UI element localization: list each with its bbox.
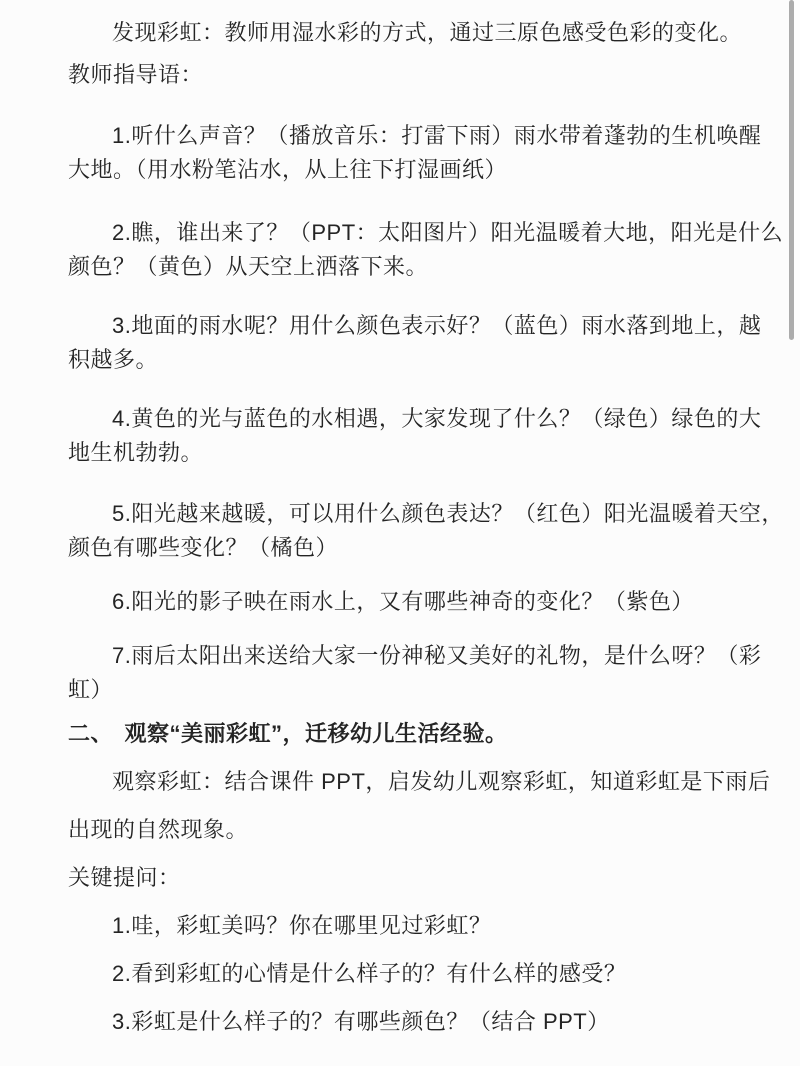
paragraph: 关键提问：: [68, 854, 740, 902]
paragraph: 5.阳光越来越暖，可以用什么颜色表达？（红色）阳光温暖着天空，颜色有哪些变化？（…: [68, 497, 740, 565]
paragraph: 1.哇，彩虹美吗？你在哪里见过彩虹？: [68, 902, 740, 950]
section-heading: 二、 观察“美丽彩虹”，迁移幼儿生活经验。: [68, 710, 740, 758]
scrollbar-thumb[interactable]: [789, 0, 794, 340]
paragraph: 1.听什么声音？（播放音乐：打雷下雨）雨水带着蓬勃的生机唤醒大地。（用水粉笔沾水…: [68, 119, 740, 187]
document-page: 发现彩虹：教师用湿水彩的方式，通过三原色感受色彩的变化。教师指导语：1.听什么声…: [0, 0, 800, 1066]
paragraph: 3.地面的雨水呢？用什么颜色表示好？（蓝色）雨水落到地上，越积越多。: [68, 309, 740, 377]
paragraph: 教师指导语：: [68, 58, 740, 92]
paragraph: 3.彩虹是什么样子的？有哪些颜色？（结合 PPT）: [68, 998, 740, 1046]
paragraph: 发现彩虹：教师用湿水彩的方式，通过三原色感受色彩的变化。: [68, 16, 740, 50]
paragraph: 观察彩虹：结合课件 PPT，启发幼儿观察彩虹，知道彩虹是下雨后出现的自然现象。: [68, 758, 740, 854]
paragraph: 2.瞧，谁出来了？（PPT：太阳图片）阳光温暖着大地，阳光是什么颜色？（黄色）从…: [68, 216, 740, 284]
paragraph: 6.阳光的影子映在雨水上，又有哪些神奇的变化？（紫色）: [68, 585, 740, 619]
paragraph: 4.黄色的光与蓝色的水相遇，大家发现了什么？（绿色）绿色的大地生机勃勃。: [68, 402, 740, 470]
paragraph: 7.雨后太阳出来送给大家一份神秘又美好的礼物，是什么呀？（彩虹）: [68, 639, 740, 707]
document-body: 发现彩虹：教师用湿水彩的方式，通过三原色感受色彩的变化。教师指导语：1.听什么声…: [0, 0, 800, 1046]
paragraph: 2.看到彩虹的心情是什么样子的？有什么样的感受？: [68, 950, 740, 998]
